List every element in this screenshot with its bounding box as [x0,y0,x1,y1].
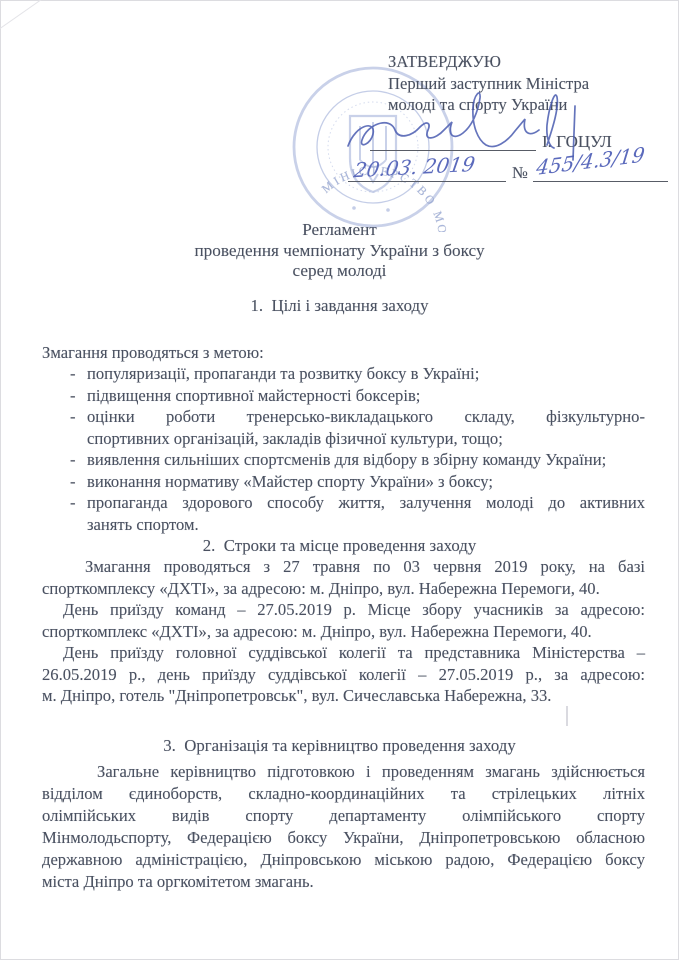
scan-edge-artifact [566,706,568,726]
approval-header: МІНІСТЕРСТВО МОЛОДІ ТА СПОРТУ УКРАЇНИ ЗА… [0,0,679,215]
section-1-bullet-list: - популяризації, пропаганди та розвитку … [42,363,645,535]
scanned-document-page: МІНІСТЕРСТВО МОЛОДІ ТА СПОРТУ УКРАЇНИ ЗА… [0,0,679,960]
section-3-body: Загальне керівництво підготовкою і прове… [42,761,645,893]
bullet-dash: - [70,406,87,449]
paragraph: Загальне керівництво підготовкою і прове… [42,761,645,893]
bullet-dash: - [70,492,87,535]
bullet-dash: - [70,471,87,493]
list-item: - виконання нормативу «Майстер спорту Ук… [42,471,645,493]
bullet-dash: - [70,363,87,385]
section-3-heading: 3. Організація та керівництво проведення… [0,735,679,756]
list-item: - популяризації, пропаганди та розвитку … [42,363,645,385]
paragraph: День приїзду головної суддівської колегі… [42,642,645,707]
bullet-dash: - [70,385,87,407]
list-item: - пропаганда здорового способу життя, за… [42,492,645,535]
paragraph: Змагання проводяться з 27 травня по 03 ч… [42,556,645,599]
seal-separator-dot [352,206,356,210]
title-line3: серед молоді [0,261,679,282]
approve-word: ЗАТВЕРДЖУЮ [388,51,589,73]
seal-separator-dot [386,208,390,212]
section-1-intro: Змагання проводяться з метою: [42,342,645,364]
title-line2: проведення чемпіонату України з боксу [0,241,679,262]
document-body: Змагання проводяться з метою: - популяри… [42,342,645,536]
list-item: - виявлення сильніших спортсменів для ві… [42,449,645,471]
bullet-dash: - [70,449,87,471]
signature-icon [332,86,582,171]
section-1-heading: 1. Цілі і завдання заходу [0,295,679,316]
section-2-heading: 2. Строки та місце проведення заходу [0,535,679,556]
paragraph: День приїзду команд – 27.05.2019 р. Місц… [42,599,645,642]
list-item: - оцінки роботи тренерсько-викладацького… [42,406,645,449]
list-item: - підвищення спортивної майстерності бок… [42,385,645,407]
section-2-body: Змагання проводяться з 27 травня по 03 ч… [42,556,645,707]
